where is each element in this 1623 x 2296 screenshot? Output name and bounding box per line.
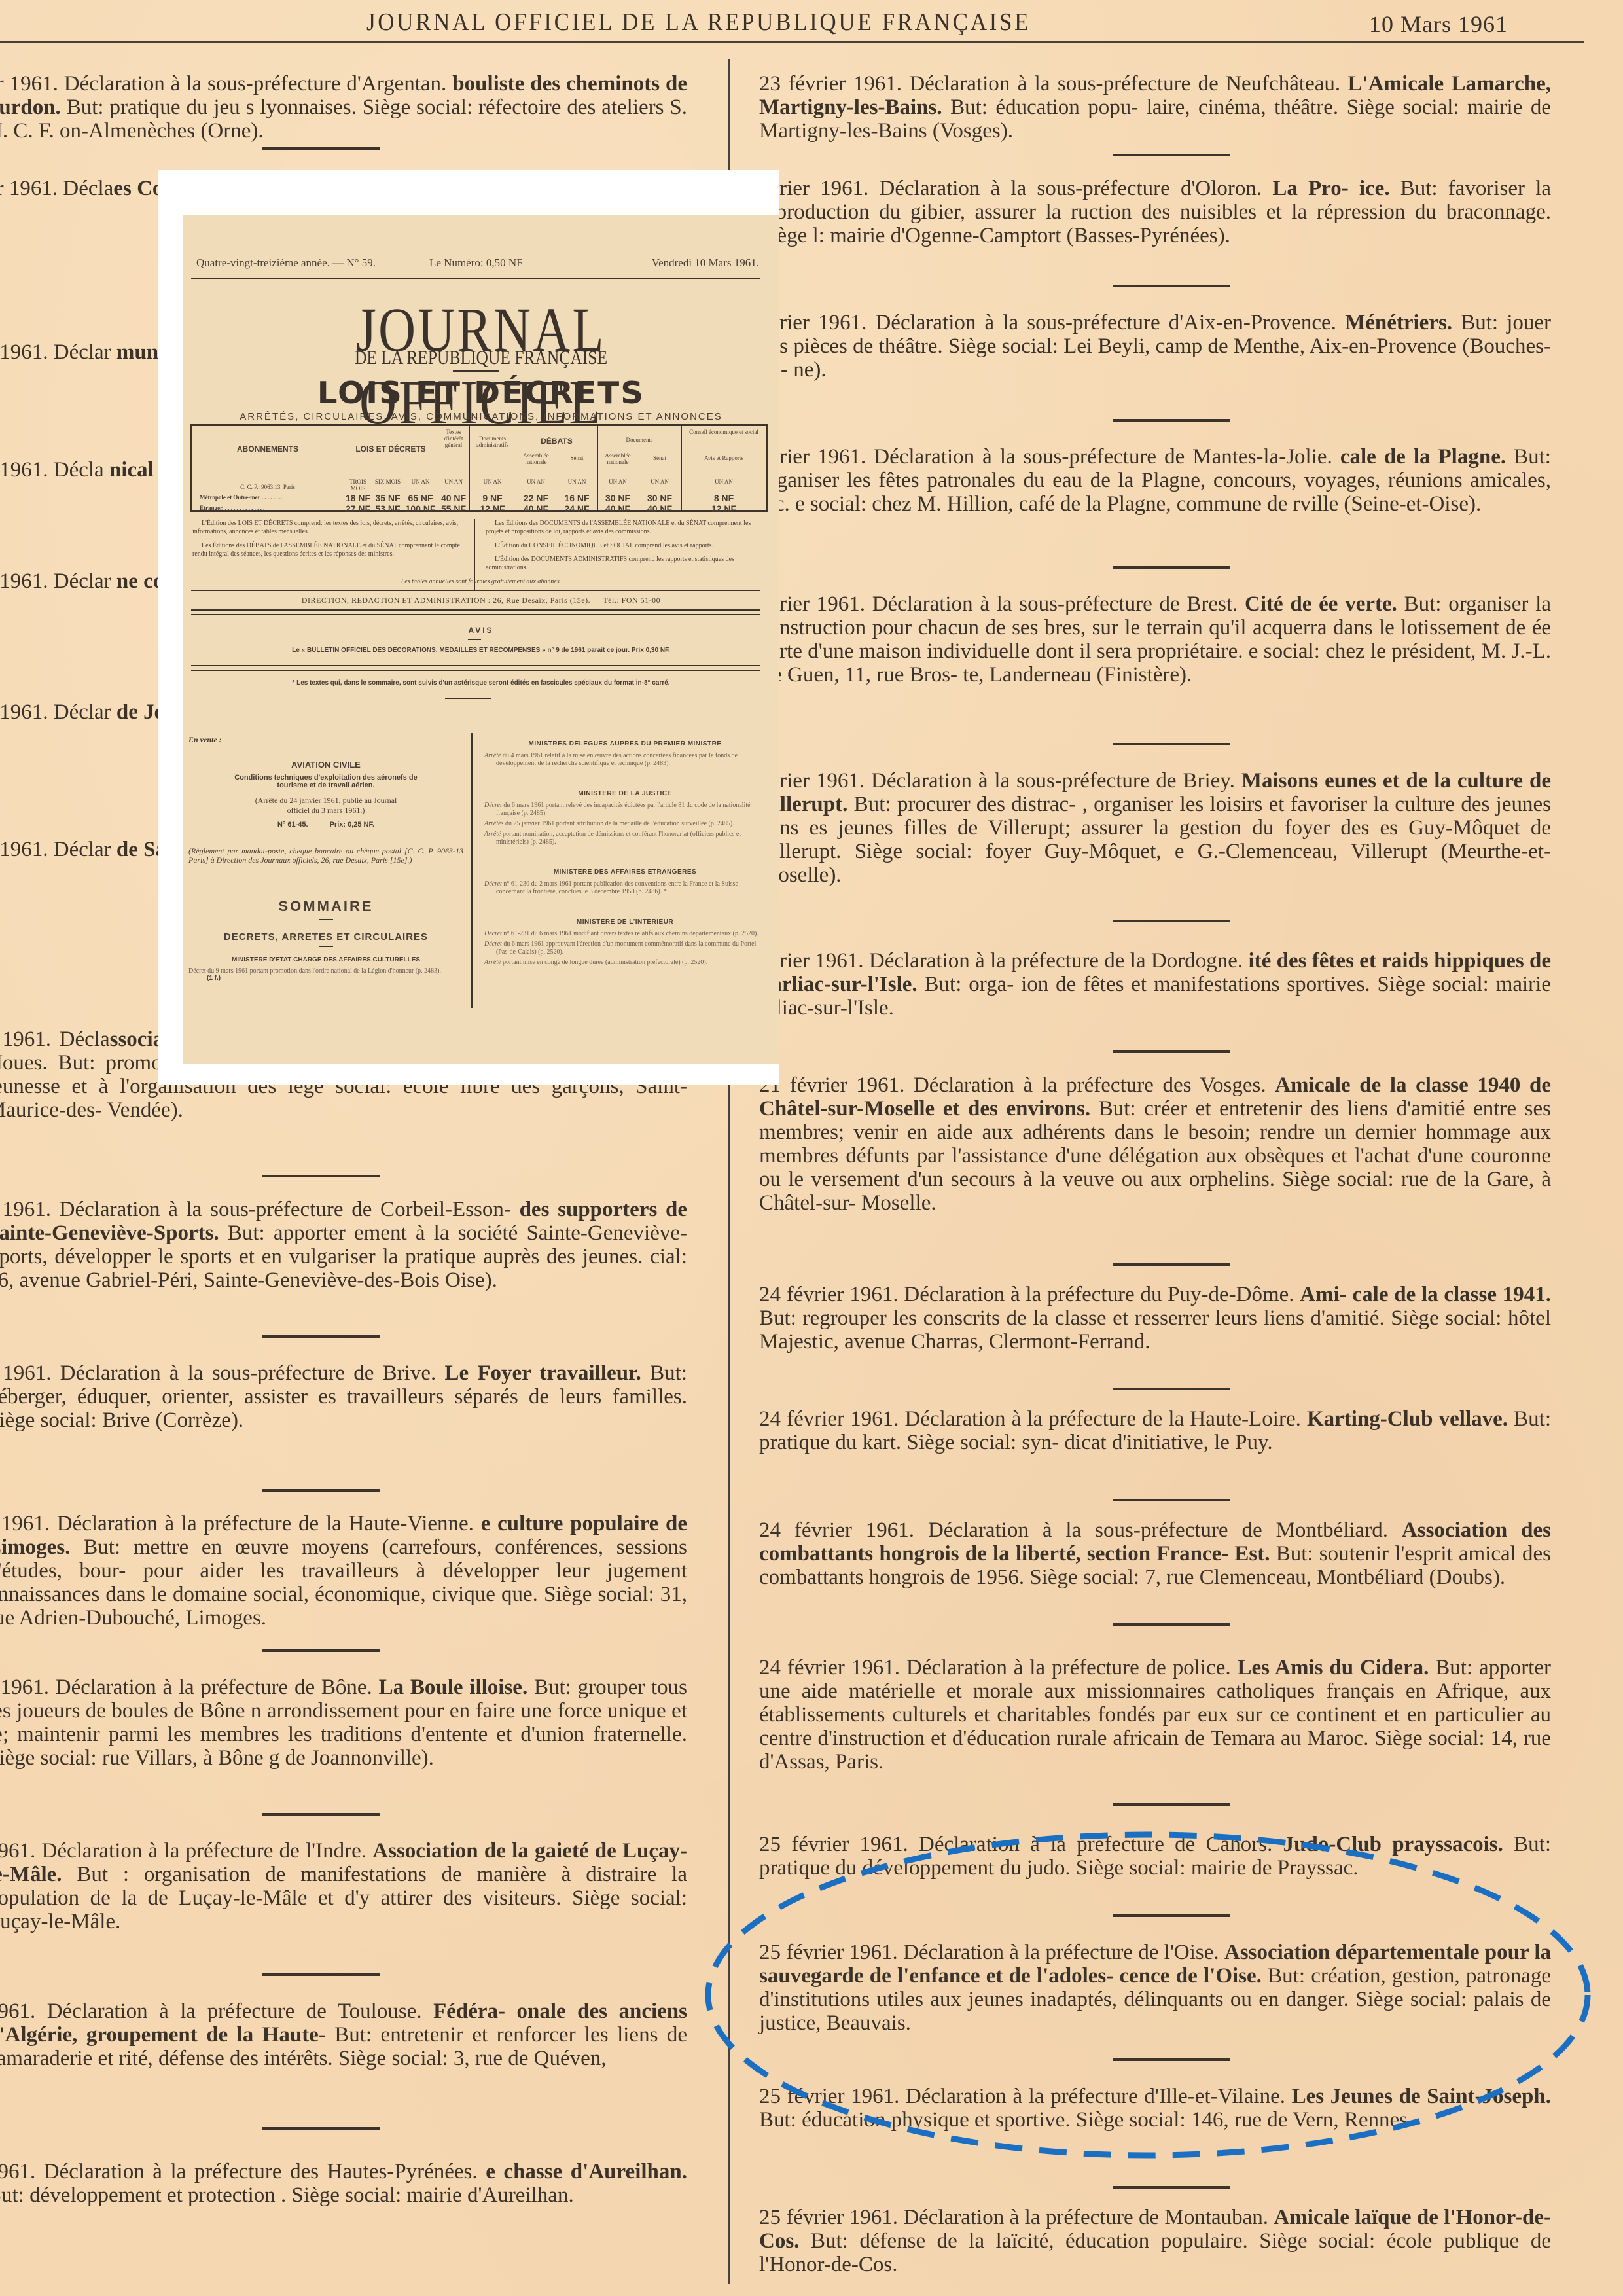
period-header: UN AN [597, 478, 638, 485]
item-text: portant nomination, acceptation de démis… [496, 831, 741, 846]
entry-text: 21 février 1961. Déclaration à la préfec… [759, 1073, 1551, 1215]
inset-double-rule [191, 665, 760, 671]
inset-asterisk-note: * Les textes qui, dans le sommaire, sont… [183, 679, 779, 687]
entry-text: r 1961. Déclaration à la sous-préfecture… [0, 1361, 687, 1432]
entry-text: 24 février 1961. Déclaration à la sous-p… [759, 1518, 1551, 1589]
subgroup-header: Avis et Rapports [681, 455, 766, 461]
entry-text: 1961. Déclaration à la préfecture des Ha… [0, 2160, 687, 2207]
price-cell: 30 NF [638, 493, 681, 503]
entry-separator [1113, 1803, 1230, 1806]
association-entry: évrier 1961. Déclaration à la sous-préfe… [759, 769, 1551, 887]
association-entry: évrier 1961. Déclaration à la sous-préfe… [759, 592, 1551, 687]
running-head-date: 10 Mars 1961 [1369, 10, 1508, 38]
edition-description: Les Éditions des DÉBATS de l'ASSEMBLÉE N… [192, 541, 467, 558]
aviation-reference: (Arrêté du 24 janvier 1961, publié au Jo… [188, 796, 463, 816]
entry-text: 1961. Déclaration à la préfecture de Tou… [0, 2000, 687, 2070]
association-entry: r 1961. Déclaration à la sous-préfecture… [0, 1361, 687, 1432]
entry-separator [1113, 1263, 1230, 1266]
entry-separator [1113, 1623, 1230, 1626]
entry-text: r 1961. Déclaration à la préfecture de B… [0, 1676, 687, 1770]
association-name: La Pro- ice. [1272, 177, 1389, 200]
entry-separator [1113, 285, 1230, 287]
aviation-price: Prix: 0,25 NF. [330, 821, 374, 829]
inset-double-rule [191, 609, 760, 615]
item-text: du 4 mars 1961 relatif à la mise en œuvr… [496, 752, 738, 767]
association-name: e chasse d'Aureilhan. [486, 2160, 687, 2183]
divider [306, 874, 346, 874]
ministry-heading: MINISTERE DE LA JUSTICE [484, 790, 766, 798]
spacer [484, 899, 766, 913]
inset-bulletin: Le « BULLETIN OFFICIEL DES DECORATIONS, … [183, 647, 779, 654]
association-entry: 23 février 1961. Déclaration à la sous-p… [759, 72, 1551, 143]
price-cell: 24 NF [556, 503, 597, 514]
price-cell: 53 NF [372, 503, 403, 514]
ministry-heading: MINISTRES DELEGUES AUPRES DU PREMIER MIN… [484, 740, 766, 748]
item-kind: Décret [484, 930, 503, 937]
inset-right-summary: MINISTRES DELEGUES AUPRES DU PREMIER MIN… [484, 735, 766, 984]
entry-text: évrier 1961. Déclaration à la sous-préfe… [759, 445, 1551, 516]
inset-avis-title: AVIS [183, 626, 779, 635]
sommaire-item: Arrêté du 4 mars 1961 relatif à la mise … [484, 752, 766, 768]
en-vente-label: En vente : [188, 735, 234, 745]
item-kind: Arrêté [484, 959, 503, 966]
editions-left: L'Édition des LOIS ET DÉCRETS comprend: … [192, 519, 467, 564]
price-cell: 30 NF [597, 493, 638, 503]
inset-section-title: LOIS ET DÉCRETS [183, 375, 779, 410]
edition-description: L'Édition des LOIS ET DÉCRETS comprend: … [192, 519, 467, 536]
ministry-heading: MINISTERE DES AFFAIRES ETRANGERES [484, 869, 766, 876]
entry-separator [1113, 2058, 1230, 2061]
item-kind: Arrêté [484, 831, 503, 838]
item-text: n° 61-231 du 6 mars 1961 modifiant diver… [503, 930, 758, 937]
entry-text: 25 février 1961. Déclaration à la préfec… [759, 2206, 1551, 2276]
edition-description: L'Édition du CONSEIL ÉCONOMIQUE et SOCIA… [486, 541, 760, 550]
association-entry: er 1961. Déclaration à la sous-préfectur… [0, 72, 687, 143]
price-cell: 100 NF [403, 503, 438, 514]
group-header: Documents [597, 437, 681, 443]
association-entry: r 1961. Déclaration à la préfecture de B… [0, 1676, 687, 1770]
association-entry: évrier 1961. Déclaration à la sous-préfe… [759, 311, 1551, 382]
item-text: du 6 mars 1961 portant relevé des incapa… [496, 802, 751, 817]
price-cell: 40 NF [516, 503, 556, 514]
inset-section-subtitle: ARRÊTÉS, CIRCULAIRES, AVIS, COMMUNICATIO… [183, 411, 779, 422]
inset-short-rule [468, 639, 481, 640]
entry-separator [262, 1489, 380, 1492]
edition-description: L'Édition des DOCUMENTS ADMINISTRATIFS c… [486, 555, 760, 572]
subgroup-header: Assemblée nationale [516, 452, 556, 465]
entry-text: r 1961. Déclaration à la sous-préfecture… [0, 1198, 687, 1292]
divider [319, 919, 333, 920]
decrets-heading: DECRETS, ARRETES ET CIRCULAIRES [188, 931, 463, 942]
divider [319, 946, 333, 947]
sommaire-item: Arrêté portant nomination, acceptation d… [484, 831, 766, 846]
price-cell: 12 NF [681, 503, 766, 514]
association-entry: 21 février 1961. Déclaration à la préfec… [759, 1073, 1551, 1215]
entry-separator [1113, 566, 1230, 569]
inset-short-rule [445, 698, 491, 699]
entry-separator [1113, 1499, 1230, 1501]
price-cell: 65 NF [403, 493, 438, 503]
group-header: DÉBATS [516, 437, 597, 446]
sommaire-item: Décret n° 61-231 du 6 mars 1961 modifian… [484, 930, 766, 938]
association-entry: 1961. Déclaration à la préfecture des Ha… [0, 2160, 687, 2207]
spacer [484, 770, 766, 785]
association-name: Cité de ée verte. [1245, 592, 1397, 616]
spacer [484, 849, 766, 863]
row-label: Métropole et Outre-mer . . . . . . . . [200, 494, 344, 501]
entry-text: er 1961. Déclaration à la sous-préfectur… [0, 72, 687, 143]
association-entry: évrier 1961. Déclaration à la préfecture… [759, 949, 1551, 1020]
sommaire-item: Décret du 6 mars 1961 approuvant l'érect… [484, 941, 766, 956]
reglement-note: (Règlement par mandat-poste, cheque banc… [188, 846, 463, 865]
subscription-table: ABONNEMENTSC. C. P.: 9063.13, ParisLOIS … [190, 424, 768, 512]
ministere-culture-heading: MINISTERE D'ETAT CHARGE DES AFFAIRES CUL… [188, 956, 463, 963]
association-name: Ami- cale de la classe 1941. [1300, 1283, 1551, 1306]
price-cell: 40 NF [638, 503, 681, 514]
entry-text: 24 février 1961. Déclaration à la préfec… [759, 1656, 1551, 1774]
item-kind: Arrêtés [484, 820, 505, 827]
association-name: La Boule illoise. [379, 1676, 528, 1699]
entry-text: évrier 1961. Déclaration à la sous-préfe… [759, 769, 1551, 887]
sommaire-heading: SOMMAIRE [188, 898, 463, 915]
entry-text: 25 février 1961. Déclaration à la préfec… [759, 2085, 1551, 2132]
inset-tables-note: Les tables annuelles sont fournies gratu… [183, 578, 779, 585]
association-name: Les Jeunes de Saint-Joseph. [1292, 2085, 1551, 2108]
price-cell: 35 NF [372, 493, 403, 503]
aviation-subtitle: Conditions techniques d'exploitation des… [188, 774, 463, 789]
association-entry: évrier 1961. Déclaration à la sous-préfe… [759, 445, 1551, 516]
association-entry: 1961. Déclaration à la préfecture de Tou… [0, 2000, 687, 2070]
subgroup-header: Sénat [556, 455, 597, 461]
inset-subhead: DE LA REPUBLIQUE FRANÇAISE [228, 347, 734, 369]
price-cell: 18 NF [344, 493, 372, 503]
sommaire-item: Décret n° 61-230 du 2 mars 1961 portant … [484, 880, 766, 896]
inset-meta-rule [191, 278, 760, 281]
item-text: du 25 janvier 1961 portant attribution d… [505, 820, 734, 827]
entry-separator [1113, 419, 1230, 422]
association-entry: 25 février 1961. Déclaration à la préfec… [759, 2085, 1551, 2132]
divider [306, 833, 346, 833]
association-entry: 1961. Déclaration à la préfecture de l'I… [0, 1839, 687, 1933]
inset-column-divider [471, 733, 473, 1008]
entry-separator [262, 1649, 380, 1652]
item-text: du 6 mars 1961 approuvant l'érection d'u… [496, 941, 756, 956]
period-header: UN AN [403, 478, 438, 485]
running-head: JOURNAL OFFICIEL DE LA REPUBLIQUE FRANÇA… [0, 4, 1623, 41]
entry-separator [1113, 1388, 1230, 1390]
period-header: UN AN [438, 478, 469, 485]
entry-text: r 1961. Déclaration à la préfecture de l… [0, 1512, 687, 1630]
price-cell: 22 NF [516, 493, 556, 503]
aviation-title: AVIATION CIVILE [188, 760, 463, 770]
association-entry: 24 février 1961. Déclaration à la sous-p… [759, 1518, 1551, 1589]
row-label: Etranger. . . . . . . . . . . . . . . [200, 505, 344, 511]
period-header: UN AN [469, 478, 516, 485]
inset-front-page: Quatre-vingt-treizième année. — N° 59. L… [183, 215, 779, 1064]
spacer [484, 969, 766, 984]
association-name: Les Amis du Cidera. [1238, 1656, 1429, 1679]
header-rule [0, 41, 1584, 43]
price-cell: 27 NF [344, 503, 372, 514]
ministry-heading: MINISTERE DE L'INTERIEUR [484, 918, 766, 926]
entry-separator [1113, 743, 1230, 745]
item-kind: Décret [484, 941, 503, 948]
association-entry: 24 février 1961. Déclaration à la préfec… [759, 1407, 1551, 1454]
item-text: portant mise en congé de longue durée (a… [503, 959, 707, 966]
period-header: SIX MOIS [372, 478, 403, 485]
inset-year-issue: Quatre-vingt-treizième année. — N° 59. [196, 257, 376, 270]
association-entry: r 1961. Déclaration à la préfecture de l… [0, 1512, 687, 1630]
entry-separator [1113, 154, 1230, 156]
group-header: LOIS ET DÉCRETS [344, 444, 438, 454]
entry-separator [262, 1973, 380, 1976]
item-text: n° 61-230 du 2 mars 1961 portant publica… [496, 880, 738, 895]
item-kind: Décret [484, 880, 503, 888]
entry-separator [262, 1813, 380, 1816]
price-cell: 55 NF [438, 503, 469, 514]
running-head-title: JOURNAL OFFICIEL DE LA REPUBLIQUE FRANÇA… [366, 8, 1031, 37]
price-cell: 12 NF [469, 503, 516, 514]
entry-separator [1113, 2186, 1230, 2189]
price-cell: 9 NF [469, 493, 516, 503]
price-cell: 40 NF [597, 503, 638, 514]
price-cell: 8 NF [681, 493, 766, 503]
entry-separator [262, 2127, 380, 2130]
association-name: cale de la Plagne. [1340, 445, 1506, 469]
edition-description: Les Éditions des DOCUMENTS de l'ASSEMBLÉ… [486, 519, 760, 536]
entry-text: 23 février 1961. Déclaration à la sous-p… [759, 72, 1551, 143]
inset-date: Vendredi 10 Mars 1961. [652, 257, 759, 270]
group-header: Documents administratifs [469, 435, 516, 448]
entry-text: 25 février 1961. Déclaration à la préfec… [759, 1941, 1551, 2035]
entry-separator [1113, 920, 1230, 922]
association-name: Le Foyer travailleur. [444, 1361, 641, 1385]
association-entry: évrier 1961. Déclaration à la sous-préfe… [759, 177, 1551, 247]
period-header: UN AN [638, 478, 681, 485]
association-entry: 25 février 1961. Déclaration à la préfec… [759, 1833, 1551, 1880]
entry-text: 1961. Déclaration à la préfecture de l'I… [0, 1839, 687, 1933]
period-header: UN AN [556, 478, 597, 485]
entry-text: 24 février 1961. Déclaration à la préfec… [759, 1283, 1551, 1354]
association-name: Judo-Club prayssacois. [1283, 1833, 1503, 1856]
association-entry: 25 février 1961. Déclaration à la préfec… [759, 2206, 1551, 2276]
entry-separator [262, 1175, 380, 1177]
entry-text: évrier 1961. Déclaration à la sous-préfe… [759, 177, 1551, 247]
culture-note: (1 f.) [207, 975, 463, 982]
association-name: Ménétriers. [1345, 311, 1452, 334]
period-header: TROIS MOIS [344, 478, 372, 492]
association-entry: 24 février 1961. Déclaration à la préfec… [759, 1283, 1551, 1354]
editions-right: Les Éditions des DOCUMENTS de l'ASSEMBLÉ… [486, 519, 760, 577]
group-header: Conseil économique et social [681, 429, 766, 435]
association-entry: r 1961. Déclaration à la sous-préfecture… [0, 1198, 687, 1292]
price-cell: 16 NF [556, 493, 597, 503]
sommaire-item: Décret du 6 mars 1961 portant relevé des… [484, 802, 766, 817]
entry-text: évrier 1961. Déclaration à la sous-préfe… [759, 592, 1551, 687]
entry-separator [262, 1335, 380, 1338]
ccp-label: C. C. P.: 9063.13, Paris [192, 484, 344, 490]
inset-rule [191, 590, 760, 591]
period-header: UN AN [681, 478, 766, 485]
entry-text: 25 février 1961. Déclaration à la préfec… [759, 1833, 1551, 1880]
item-kind: Arrêté [484, 752, 503, 759]
inset-price: Le Numéro: 0,50 NF [429, 257, 523, 270]
entry-separator [262, 147, 380, 150]
price-cell: 40 NF [438, 493, 469, 503]
entry-text: évrier 1961. Déclaration à la sous-préfe… [759, 311, 1551, 382]
sommaire-item: Arrêté portant mise en congé de longue d… [484, 959, 766, 967]
subgroup-header: Sénat [638, 455, 681, 461]
entry-separator [1113, 1050, 1230, 1053]
association-entry: 25 février 1961. Déclaration à la préfec… [759, 1941, 1551, 2035]
inset-left-summary: En vente : AVIATION CIVILE Conditions te… [188, 735, 463, 982]
culture-item: Décret du 9 mars 1961 portant promotion … [188, 967, 463, 975]
association-entry: 24 février 1961. Déclaration à la préfec… [759, 1656, 1551, 1774]
entry-text: 24 février 1961. Déclaration à la préfec… [759, 1407, 1551, 1454]
entry-text: évrier 1961. Déclaration à la préfecture… [759, 949, 1551, 1020]
aviation-number: N° 61-45. [277, 821, 308, 829]
sommaire-item: Arrêtés du 25 janvier 1961 portant attri… [484, 820, 766, 828]
item-kind: Décret [484, 802, 503, 809]
inset-short-rule [453, 370, 499, 372]
entry-separator [1113, 1914, 1230, 1917]
inset-direction: DIRECTION, REDACTION ET ADMINISTRATION :… [183, 596, 779, 605]
association-name: Karting-Club vellave. [1307, 1407, 1508, 1431]
period-header: UN AN [516, 478, 556, 485]
table-title: ABONNEMENTS [192, 444, 344, 454]
subgroup-header: Assemblée nationale [597, 452, 638, 465]
group-header: Textes d'intérêt général [438, 429, 469, 448]
